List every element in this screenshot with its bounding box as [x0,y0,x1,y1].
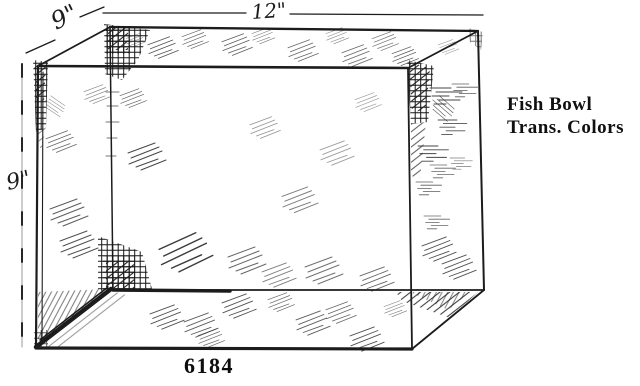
width-dimension-label: 12" [251,0,287,24]
corner-shading [33,24,483,347]
catalog-page: 9" 12" 9" Fish Bowl Trans. Colors 6184 [0,0,640,386]
fish-bowl-illustration: 9" 12" 9" [0,0,640,386]
product-name: Fish Bowl [507,93,624,116]
depth-dimension-line [26,40,55,53]
item-number: 6184 [184,353,234,379]
depth-dimension-label: 9" [46,0,82,35]
product-finish: Trans. Colors [507,116,624,139]
product-label: Fish Bowl Trans. Colors [507,93,624,139]
height-dimension-label: 9" [4,166,33,195]
